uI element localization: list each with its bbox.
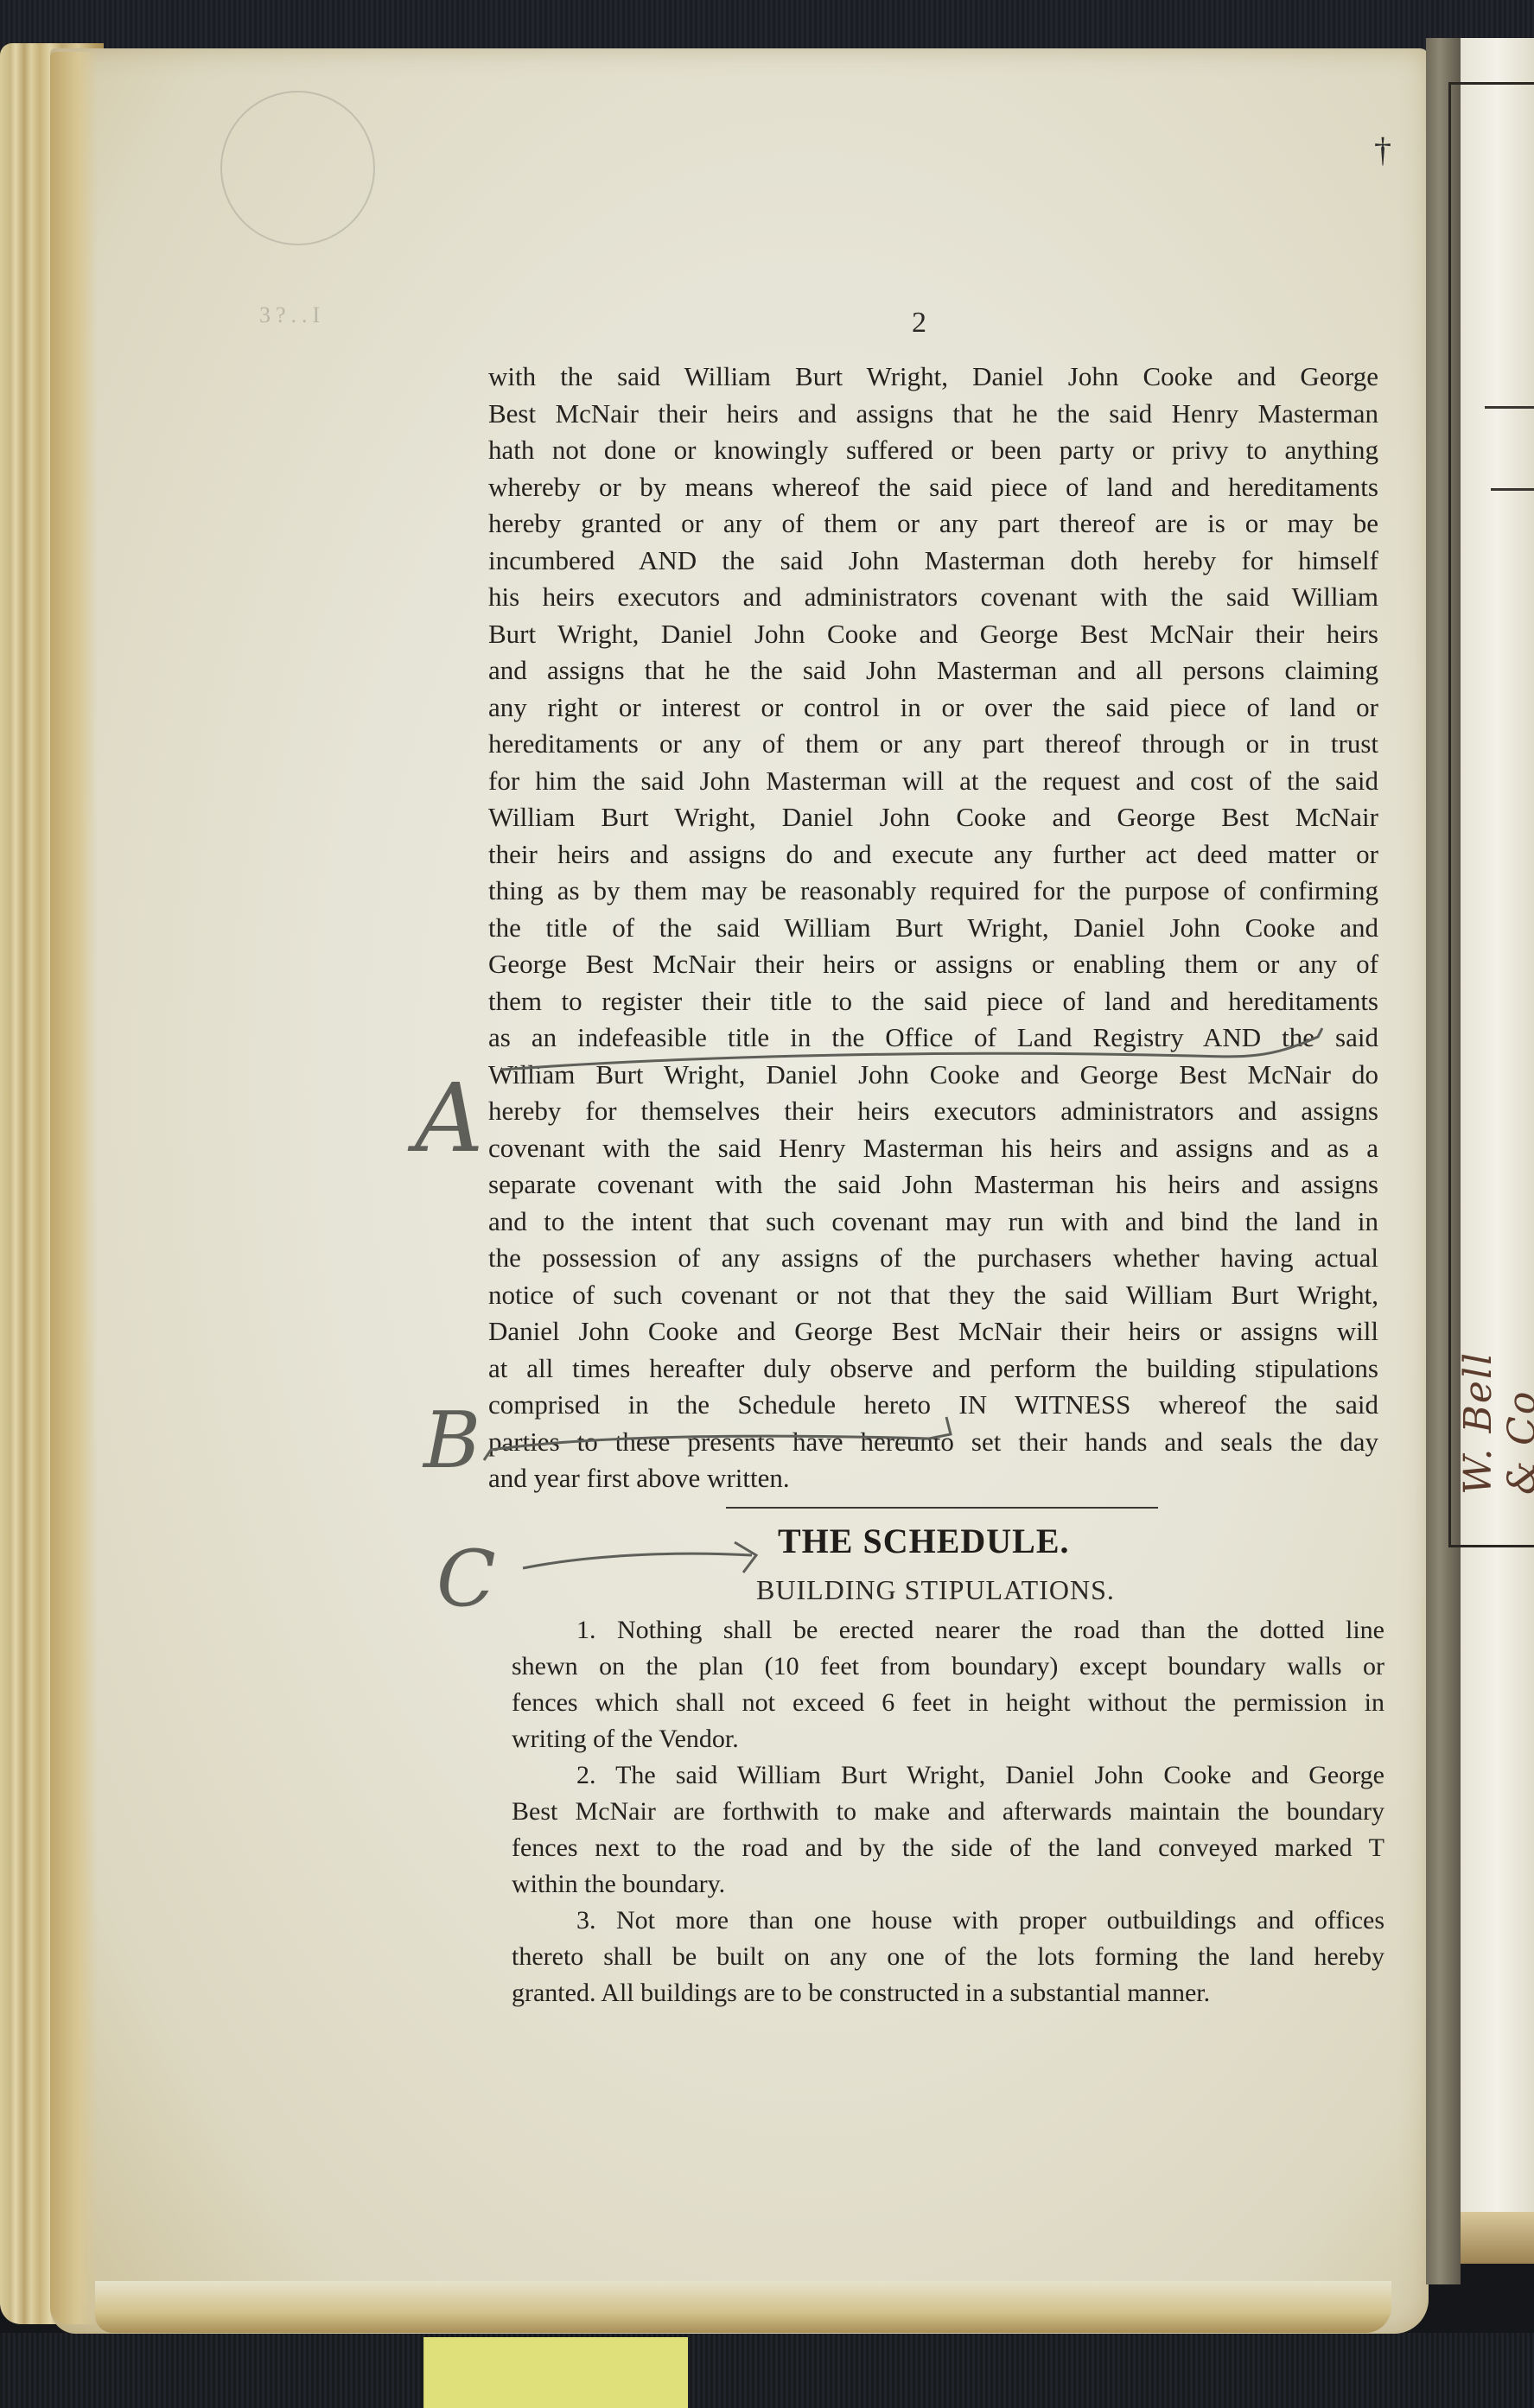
pencil-strokes-overlay bbox=[0, 0, 1534, 2408]
pencil-stroke-a bbox=[501, 1028, 1322, 1070]
pencil-stroke-c bbox=[523, 1542, 756, 1573]
pencil-stroke-b bbox=[484, 1417, 951, 1460]
